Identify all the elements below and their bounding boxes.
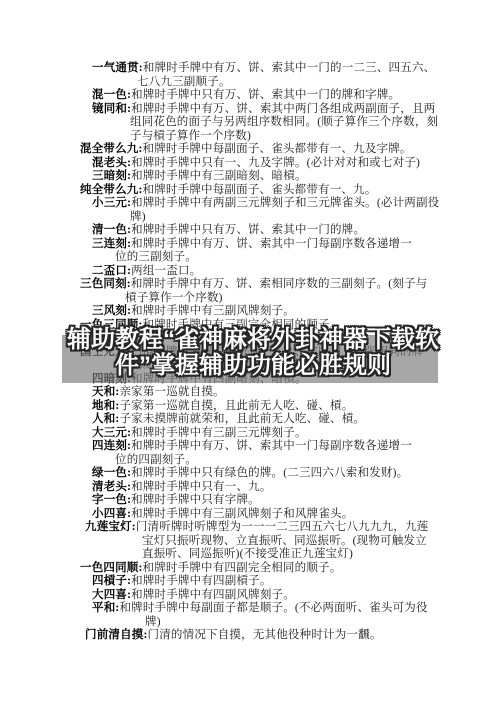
rule-text: 和牌时手牌中有万、饼、索其中一门的一二三、四五六、 <box>143 62 436 74</box>
rule-line: 七八九三副顺子。 <box>137 76 231 89</box>
rule-term: 大三元: <box>92 427 131 439</box>
rule-text: 子家第一巡就自摸，且此前无人吃、碰、槓。 <box>119 400 353 412</box>
rule-term: 天和: <box>92 386 119 398</box>
rule-text: 和牌时手牌中只有万、饼、索其中一门的牌和字牌。 <box>131 89 400 101</box>
rule-line: 二盃口:两组一盃口。 <box>92 265 201 278</box>
rule-text: 和牌时手牌中有四副风牌刻子。 <box>131 589 295 601</box>
rule-term: 混全带么九: <box>80 143 143 155</box>
rule-term: 混老头: <box>92 157 131 169</box>
rule-text: 和牌时手牌中有万、饼、索相同序数的三副刻子。(刻子与 <box>131 278 428 290</box>
rule-text: 和牌时手牌中有万、饼、索其中一门每副序数各递增一 <box>131 238 412 250</box>
watermark-line2: 件”掌握辅助功能必胜规则 <box>55 353 451 379</box>
rule-term: 纯全带么九: <box>80 184 143 196</box>
rule-term: 清一色: <box>92 224 131 236</box>
rule-term: 三连刻: <box>92 238 131 250</box>
rule-term: 一色四同顺: <box>80 562 143 574</box>
rule-text: 子与槓子算作一个序数) <box>130 130 251 142</box>
rule-term: 二盃口: <box>92 265 131 277</box>
rule-term: 四槓子: <box>92 575 131 587</box>
rule-term: 绿一色: <box>92 467 131 479</box>
rule-term: 三暗刻: <box>92 170 131 182</box>
rule-line: 牌) <box>145 616 161 629</box>
rule-line: 牌) <box>130 211 146 224</box>
rule-text: 和牌时手牌中有四副槓子。 <box>131 575 271 587</box>
rule-line: 一色四同顺:和牌时手牌中有四副完全相同的顺子。 <box>80 562 341 575</box>
rule-line: 混老头:和牌时手牌中只有一、九及字牌。(必计对对和或七对子) <box>92 157 420 170</box>
rule-text: 和牌时手牌中有万、饼、索其中两门各组成两副面子，且两 <box>131 103 435 115</box>
rule-term: 小三元: <box>92 197 131 209</box>
rule-text: 和牌时手牌中每副面子都是顺子。(不必两面听、雀头可为役 <box>119 602 427 614</box>
rule-line: 门前清自摸:门清的情况下自摸，无其他役种时计为一飜。 <box>85 629 382 642</box>
rule-line: 四槓子:和牌时手牌中有四副槓子。 <box>92 575 272 588</box>
rule-term: 人和: <box>92 413 119 425</box>
rule-line: 小四喜:和牌时手牌中有三副风牌刻子和风牌雀头。 <box>92 508 353 521</box>
rule-line: 小三元:和牌时手牌中有两副三元牌刻子和三元牌雀头。(必计两副役 <box>92 197 439 210</box>
rule-text: 和牌时手牌中每副面子、雀头都带有一、九及字牌。 <box>143 143 412 155</box>
rule-term: 小四喜: <box>92 508 131 520</box>
document-page: 一气通贯:和牌时手牌中有万、饼、索其中一门的一二三、四五六、七八九三副顺子。混一… <box>0 0 500 707</box>
rule-text: 和牌时手牌中只有一、九。 <box>131 481 271 493</box>
rule-line: 绿一色:和牌时手牌中只有绿色的牌。(二三四六八索和发财)。 <box>92 467 408 480</box>
rule-text: 牌) <box>130 211 146 223</box>
rule-text: 七八九三副顺子。 <box>137 76 231 88</box>
rule-text: 和牌时手牌中只有绿色的牌。(二三四六八索和发财)。 <box>131 467 408 479</box>
rule-line: 镜同和:和牌时手牌中有万、饼、索其中两门各组成两副面子，且两 <box>92 103 435 116</box>
rule-term: 字一色: <box>92 494 131 506</box>
rule-term: 门前清自摸: <box>85 629 148 641</box>
rule-term: 大四喜: <box>92 589 131 601</box>
rule-text: 和牌时手牌中只有万、饼、索其中一门的牌。 <box>131 224 365 236</box>
rule-line: 宝灯只振听现物、立直振听、同巡振听。(现物可触发立 <box>142 535 427 548</box>
rule-term: 三色同刻: <box>80 278 131 290</box>
rule-text: 和牌时手牌中有三副暗刻、暗槓。 <box>131 170 307 182</box>
rule-text: 亲家第一巡就自摸。 <box>119 386 224 398</box>
rule-text: 两组一盃口。 <box>131 265 201 277</box>
rule-text: 和牌时手牌中有两副三元牌刻子和三元牌雀头。(必计两副役 <box>131 197 439 209</box>
rule-term: 九莲宝灯: <box>85 521 136 533</box>
rule-line: 纯全带么九:和牌时手牌中每副面子、雀头都带有一、九。 <box>80 184 377 197</box>
rule-text: 子家未摸牌前就荣和，且此前无人吃、碰、槓。 <box>119 413 365 425</box>
rule-line: 槓子算作一个序数) <box>125 292 223 305</box>
rule-text: 宝灯只振听现物、立直振听、同巡振听。(现物可触发立 <box>142 535 427 547</box>
rule-text: 和牌时手牌中只有一、九及字牌。(必计对对和或七对子) <box>131 157 420 169</box>
rule-line: 三暗刻:和牌时手牌中有三副暗刻、暗槓。 <box>92 170 307 183</box>
rule-line: 混全带么九:和牌时手牌中每副面子、雀头都带有一、九及字牌。 <box>80 143 412 156</box>
rule-line: 三风刻:和牌时手牌中有三副风牌刻子。 <box>92 305 295 318</box>
rule-line: 一气通贯:和牌时手牌中有万、饼、索其中一门的一二三、四五六、 <box>92 62 435 75</box>
rule-text: 门清听牌时听牌型为一一一二三四五六七八九九九，九莲 <box>136 521 429 533</box>
rule-text: 和牌时手牌中只有字牌。 <box>131 494 260 506</box>
rule-line: 地和:子家第一巡就自摸，且此前无人吃、碰、槓。 <box>92 400 353 413</box>
rule-term: 三风刻: <box>92 305 131 317</box>
rule-line: 人和:子家未摸牌前就荣和，且此前无人吃、碰、槓。 <box>92 413 365 426</box>
rule-text: 和牌时手牌中有三副风牌刻子和风牌雀头。 <box>131 508 353 520</box>
rule-text: 位的四副刻子。 <box>115 454 197 466</box>
rule-line: 九莲宝灯:门清听牌时听牌型为一一一二三四五六七八九九九，九莲 <box>85 521 428 534</box>
rule-term: 清老头: <box>92 481 131 493</box>
rule-text: 和牌时手牌中有三副风牌刻子。 <box>131 305 295 317</box>
rule-text: 和牌时手牌中有三副三元牌刻子。 <box>131 427 307 439</box>
rule-term: 镜同和: <box>92 103 131 115</box>
rule-line: 四连刻:和牌时手牌中有万、饼、索其中一门每副序数各递增一 <box>92 440 412 453</box>
rule-term: 平和: <box>92 602 119 614</box>
rule-line: 组同花色的面子与另两组序数相同。(顺子算作三个序数，刻 <box>130 116 438 129</box>
rule-line: 直振听、同巡振听)(不接受准正九莲宝灯) <box>142 548 353 561</box>
rule-term: 地和: <box>92 400 119 412</box>
rule-term: 混一色: <box>92 89 131 101</box>
rule-text: 组同花色的面子与另两组序数相同。(顺子算作三个序数，刻 <box>130 116 438 128</box>
rule-line: 清一色:和牌时手牌中只有万、饼、索其中一门的牌。 <box>92 224 365 237</box>
watermark-text: 辅助教程“雀神麻将外卦神器下载软 件”掌握辅助功能必胜规则 <box>55 327 451 379</box>
rule-text: 和牌时手牌中有万、饼、索其中一门每副序数各递增一 <box>131 440 412 452</box>
rule-line: 平和:和牌时手牌中每副面子都是顺子。(不必两面听、雀头可为役 <box>92 602 428 615</box>
rule-term: 一气通贯: <box>92 62 143 74</box>
rule-line: 三色同刻:和牌时手牌中有万、饼、索相同序数的三副刻子。(刻子与 <box>80 278 427 291</box>
rule-line: 字一色:和牌时手牌中只有字牌。 <box>92 494 260 507</box>
rule-line: 混一色:和牌时手牌中只有万、饼、索其中一门的牌和字牌。 <box>92 89 400 102</box>
rule-text: 槓子算作一个序数) <box>125 292 223 304</box>
rule-line: 子与槓子算作一个序数) <box>130 130 251 143</box>
rule-line: 大三元:和牌时手牌中有三副三元牌刻子。 <box>92 427 307 440</box>
rule-term: 四连刻: <box>92 440 131 452</box>
rule-line: 位的四副刻子。 <box>115 454 197 467</box>
rule-text: 直振听、同巡振听)(不接受准正九莲宝灯) <box>142 548 353 560</box>
rule-text: 位的三副刻子。 <box>115 251 197 263</box>
rule-line: 位的三副刻子。 <box>115 251 197 264</box>
rule-text: 和牌时手牌中每副面子、雀头都带有一、九。 <box>143 184 377 196</box>
watermark-line1: 辅助教程“雀神麻将外卦神器下载软 <box>55 327 451 353</box>
rule-line: 清老头:和牌时手牌中只有一、九。 <box>92 481 272 494</box>
rule-text: 门清的情况下自摸，无其他役种时计为一飜。 <box>148 629 382 641</box>
rule-text: 和牌时手牌中有四副完全相同的顺子。 <box>143 562 342 574</box>
rule-line: 天和:亲家第一巡就自摸。 <box>92 386 225 399</box>
rule-text: 牌) <box>145 616 161 628</box>
rule-line: 大四喜:和牌时手牌中有四副风牌刻子。 <box>92 589 295 602</box>
rule-line: 三连刻:和牌时手牌中有万、饼、索其中一门每副序数各递增一 <box>92 238 412 251</box>
